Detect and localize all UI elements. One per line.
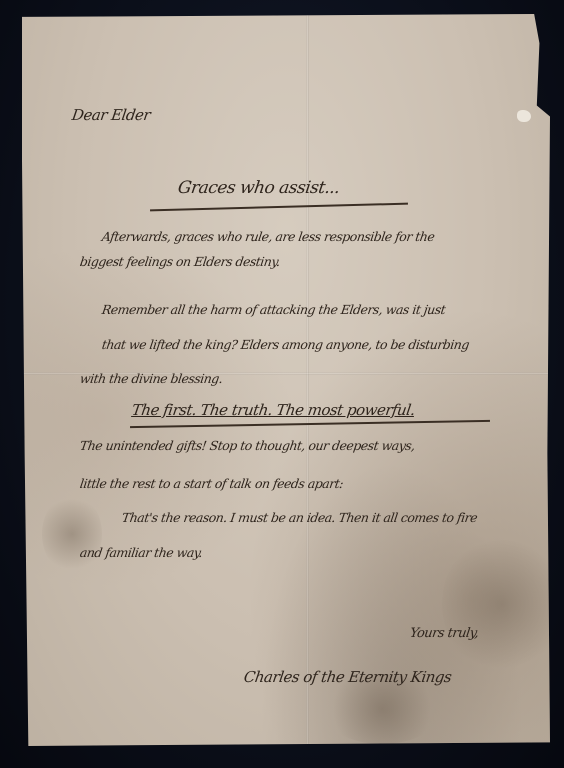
letter-salutation: Dear Elder	[71, 106, 152, 124]
letter-heading: Graces who assist...	[177, 178, 341, 198]
letter-closing: Yours truly,	[409, 626, 479, 641]
letter-line: biggest feelings on Elders destiny.	[79, 254, 281, 269]
letter-signature: Charles of the Eternity Kings	[243, 668, 453, 686]
letter-line: that we lifted the king? Elders among an…	[101, 337, 470, 352]
letter-line: Afterwards, graces who rule, are less re…	[101, 229, 435, 244]
letter-line: little the rest to a start of talk on fe…	[79, 476, 344, 491]
letter-line: with the divine blessing.	[79, 371, 224, 386]
water-stain	[442, 534, 562, 674]
water-stain	[42, 494, 102, 574]
letter-line: The unintended gifts! Stop to thought, o…	[79, 438, 416, 453]
letter-line: and familiar the way.	[79, 545, 203, 560]
fold-crease-vertical	[306, 14, 309, 746]
subheading-underline	[130, 420, 490, 428]
letter-paper: Dear Elder Graces who assist... Afterwar…	[22, 14, 550, 746]
letter-line: That's the reason. I must be an idea. Th…	[121, 510, 478, 525]
heading-underline	[150, 203, 408, 212]
paper-tear	[517, 110, 531, 122]
letter-line: Remember all the harm of attacking the E…	[101, 302, 446, 317]
letter-subheading: The first. The truth. The most powerful.	[131, 401, 416, 419]
